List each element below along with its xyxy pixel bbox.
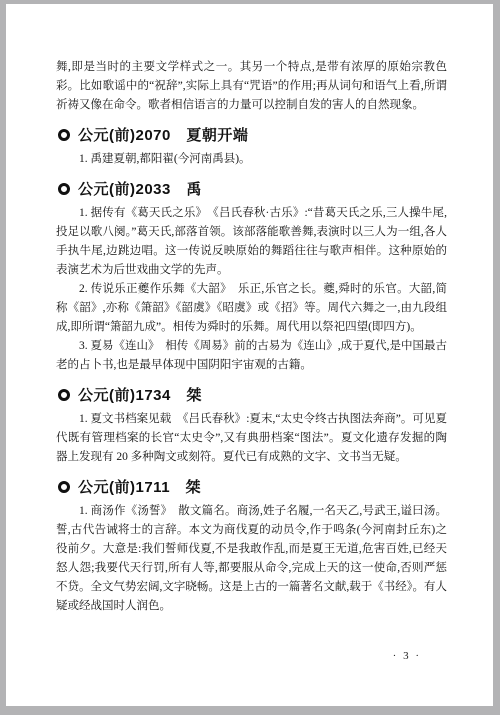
section-paragraph: 1. 商汤作《汤誓》 散文篇名。商汤,姓子名履,一名天乙,号武王,谥曰汤。誓,古… — [56, 502, 447, 616]
section-heading: 公元(前)1734 桀 — [58, 384, 447, 405]
bullseye-icon — [58, 481, 70, 493]
bullseye-icon — [58, 183, 70, 195]
section-2070: 公元(前)2070 夏朝开端 1. 禹建夏朝,都阳翟(今河南禹县)。 — [56, 124, 447, 169]
section-paragraph: 3. 夏易《连山》 相传《周易》前的古易为《连山》,成于夏代,是中国最古老的占卜… — [56, 337, 447, 375]
bullseye-icon — [58, 389, 70, 401]
section-heading: 公元(前)2033 禹 — [58, 178, 447, 199]
section-1711: 公元(前)1711 桀 1. 商汤作《汤誓》 散文篇名。商汤,姓子名履,一名天乙… — [56, 476, 447, 616]
section-title: 公元(前)2070 夏朝开端 — [78, 124, 248, 145]
section-paragraph: 1. 据传有《葛天氏之乐》 《吕氏春秋·古乐》:“昔葛天氏之乐,三人操牛尾,投足… — [56, 204, 447, 280]
section-2033: 公元(前)2033 禹 1. 据传有《葛天氏之乐》 《吕氏春秋·古乐》:“昔葛天… — [56, 178, 447, 375]
section-paragraph: 1. 禹建夏朝,都阳翟(今河南禹县)。 — [56, 150, 447, 169]
section-1734: 公元(前)1734 桀 1. 夏文书档案见载 《吕氏春秋》:夏末,“太史令终古执… — [56, 384, 447, 467]
section-title: 公元(前)1711 桀 — [78, 476, 201, 497]
bullseye-icon — [58, 129, 70, 141]
section-title: 公元(前)1734 桀 — [78, 384, 202, 405]
book-page: 舞,即是当时的主要文学样式之一。其另一个特点,是带有浓厚的原始宗教色彩。比如歌谣… — [6, 4, 493, 706]
section-paragraph: 1. 夏文书档案见载 《吕氏春秋》:夏末,“太史令终古执图法奔商”。可见夏代既有… — [56, 410, 447, 467]
section-title: 公元(前)2033 禹 — [78, 178, 202, 199]
document-viewer: 舞,即是当时的主要文学样式之一。其另一个特点,是带有浓厚的原始宗教色彩。比如歌谣… — [0, 0, 500, 715]
section-heading: 公元(前)2070 夏朝开端 — [58, 124, 447, 145]
intro-paragraph: 舞,即是当时的主要文学样式之一。其另一个特点,是带有浓厚的原始宗教色彩。比如歌谣… — [56, 58, 447, 115]
section-paragraph: 2. 传说乐正夔作乐舞《大韶》 乐正,乐官之长。夔,舜时的乐官。大韶,简称《韶》… — [56, 280, 447, 337]
page-number: · 3 · — [393, 650, 421, 662]
section-heading: 公元(前)1711 桀 — [58, 476, 447, 497]
